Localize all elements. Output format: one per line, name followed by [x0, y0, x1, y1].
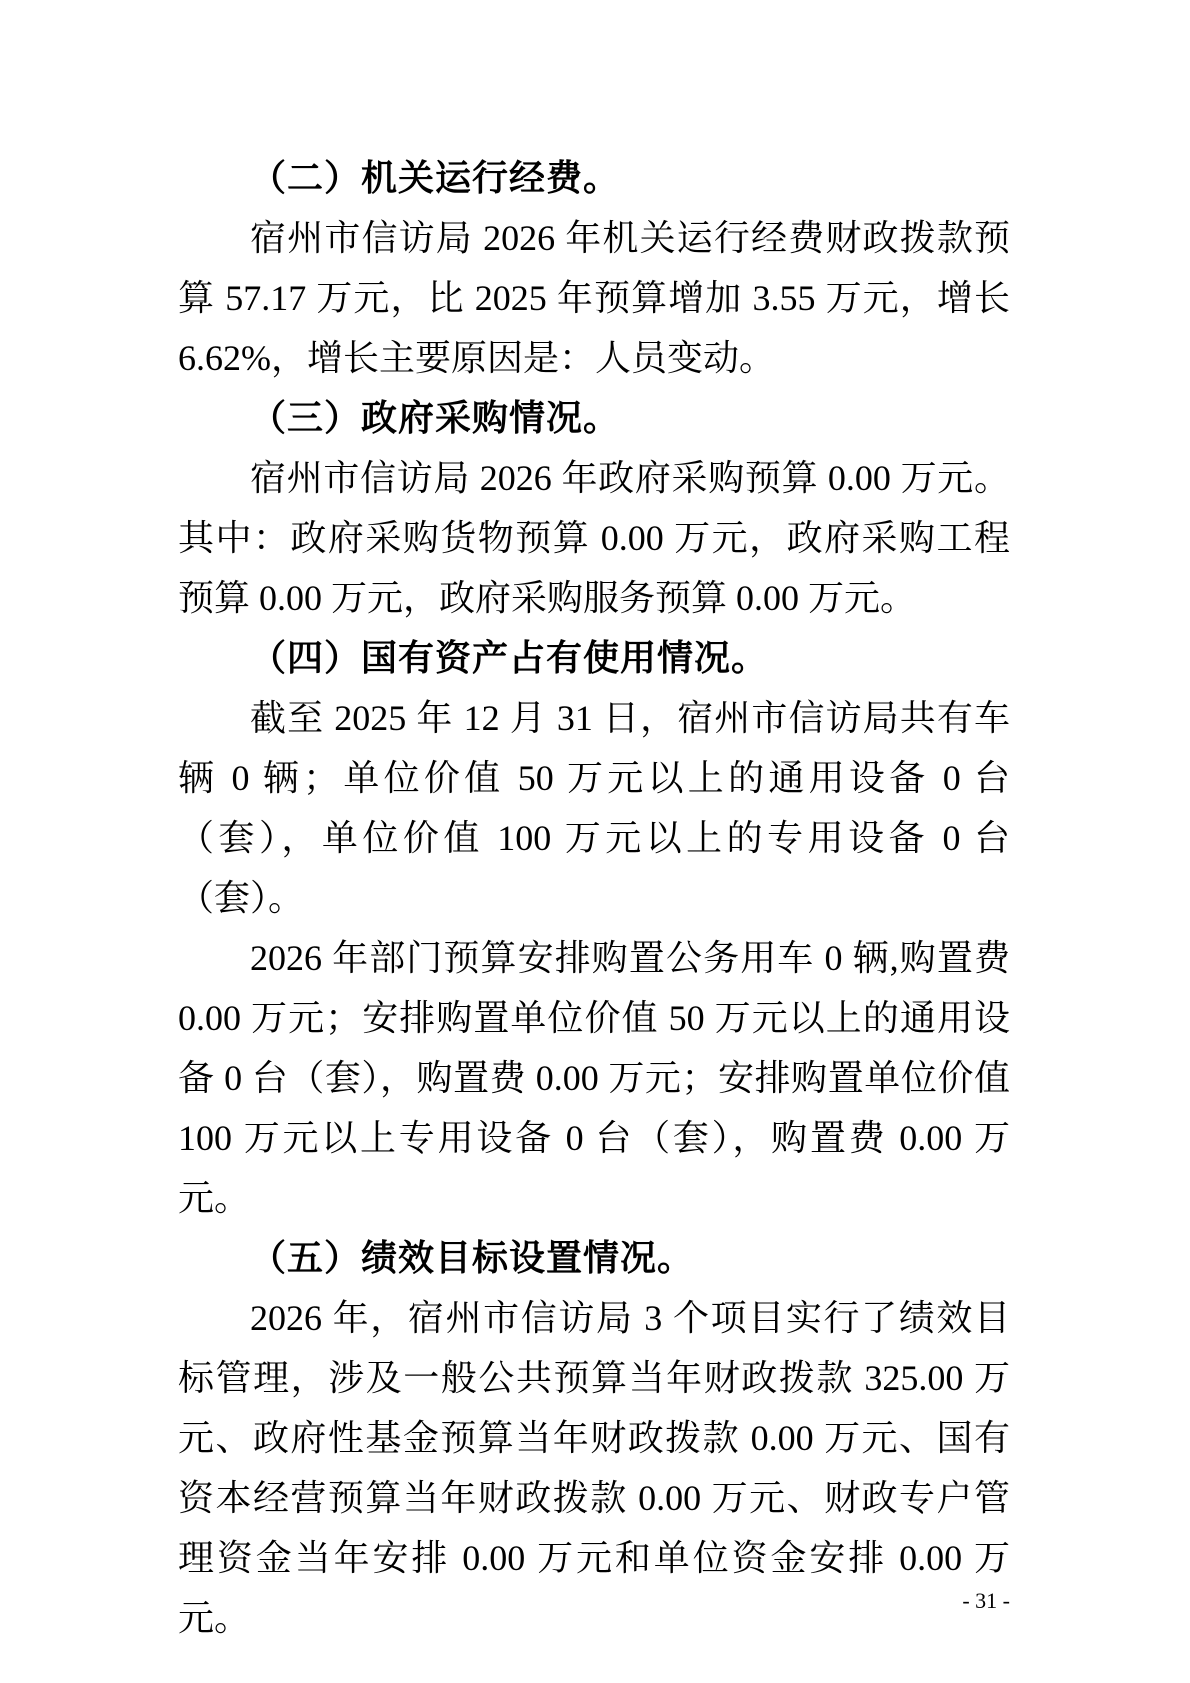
section-heading-government-procurement: （三）政府采购情况。	[178, 388, 1010, 448]
paragraph-agency-operating-costs: 宿州市信访局 2026 年机关运行经费财政拨款预算 57.17 万元，比 202…	[178, 208, 1010, 388]
section-heading-state-owned-assets: （四）国有资产占有使用情况。	[178, 628, 1010, 688]
page-number: - 31 -	[0, 1588, 1010, 1614]
document-body: （二）机关运行经费。 宿州市信访局 2026 年机关运行经费财政拨款预算 57.…	[178, 148, 1010, 1648]
paragraph-government-procurement: 宿州市信访局 2026 年政府采购预算 0.00 万元。其中：政府采购货物预算 …	[178, 448, 1010, 628]
paragraph-state-owned-assets-current: 截至 2025 年 12 月 31 日，宿州市信访局共有车辆 0 辆；单位价值 …	[178, 688, 1010, 928]
paragraph-state-owned-assets-planned: 2026 年部门预算安排购置公务用车 0 辆,购置费 0.00 万元；安排购置单…	[178, 928, 1010, 1228]
section-heading-performance-targets: （五）绩效目标设置情况。	[178, 1228, 1010, 1288]
document-page: （二）机关运行经费。 宿州市信访局 2026 年机关运行经费财政拨款预算 57.…	[0, 0, 1190, 1683]
section-heading-agency-operating-costs: （二）机关运行经费。	[178, 148, 1010, 208]
